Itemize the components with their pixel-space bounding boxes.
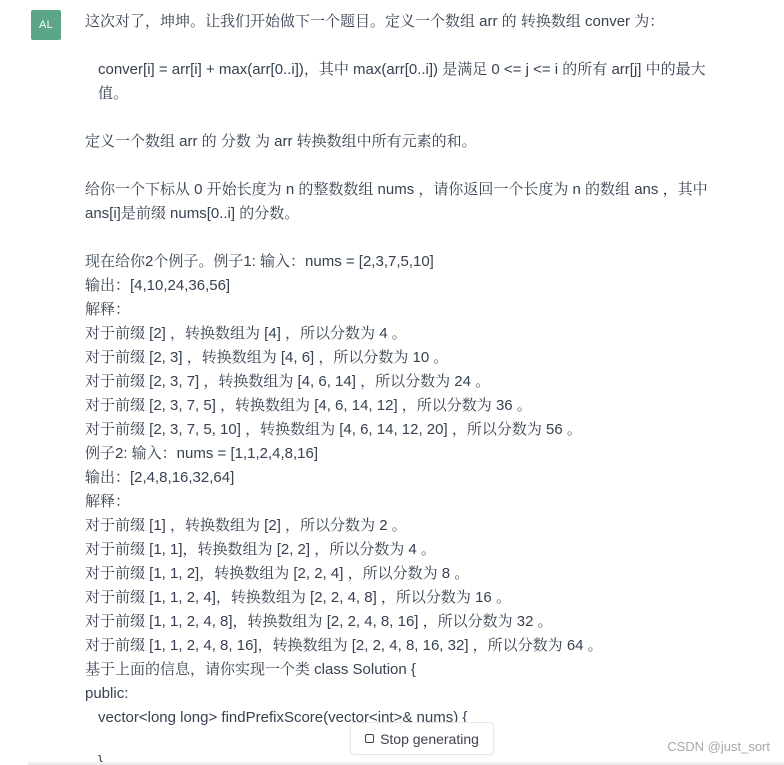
message-line: 解释：	[85, 490, 735, 514]
score-definition-text: 定义一个数组 arr 的 分数 为 arr 转换数组中所有元素的和。	[85, 130, 735, 154]
message-line: public:	[85, 682, 735, 706]
formula-text: conver[i] = arr[i] + max(arr[0..i])，其中 m…	[85, 58, 735, 106]
message-line: 对于前缀 [1, 1, 2, 4, 8, 16]，转换数组为 [2, 2, 4,…	[85, 634, 735, 658]
message-line: 对于前缀 [1, 1, 2]，转换数组为 [2, 2, 4] ，所以分数为 8 …	[85, 562, 735, 586]
message-line: 对于前缀 [1] ，转换数组为 [2] ，所以分数为 2 。	[85, 514, 735, 538]
watermark: CSDN @just_sort	[667, 739, 770, 754]
message-line: 对于前缀 [1, 1]，转换数组为 [2, 2] ，所以分数为 4 。	[85, 538, 735, 562]
message-line: 基于上面的信息，请你实现一个类 class Solution {	[85, 658, 735, 682]
message-line: 对于前缀 [2] ，转换数组为 [4] ，所以分数为 4 。	[85, 322, 735, 346]
stop-generating-label: Stop generating	[380, 731, 479, 747]
message-line: 解释：	[85, 298, 735, 322]
avatar: AL	[31, 10, 61, 40]
message-line: 现在给你2个例子。例子1: 输入：nums = [2,3,7,5,10]	[85, 250, 735, 274]
message-line: 对于前缀 [2, 3, 7, 5] ，转换数组为 [4, 6, 14, 12] …	[85, 394, 735, 418]
stop-generating-button[interactable]: Stop generating	[350, 722, 494, 755]
message-line: 对于前缀 [1, 1, 2, 4, 8]，转换数组为 [2, 2, 4, 8, …	[85, 610, 735, 634]
message-line: 输出：[2,4,8,16,32,64]	[85, 466, 735, 490]
message-line: 例子2: 输入：nums = [1,1,2,4,8,16]	[85, 442, 735, 466]
message-line: 输出：[4,10,24,36,56]	[85, 274, 735, 298]
message-line: 对于前缀 [2, 3, 7, 5, 10] ，转换数组为 [4, 6, 14, …	[85, 418, 735, 442]
assistant-message: 这次对了，坤坤。让我们开始做下一个题目。定义一个数组 arr 的 转换数组 co…	[85, 10, 735, 730]
stop-icon	[365, 734, 374, 743]
message-line: 对于前缀 [2, 3, 7] ，转换数组为 [4, 6, 14] ，所以分数为 …	[85, 370, 735, 394]
message-line: 对于前缀 [2, 3] ，转换数组为 [4, 6] ，所以分数为 10 。	[85, 346, 735, 370]
message-line: 对于前缀 [1, 1, 2, 4]，转换数组为 [2, 2, 4, 8] ，所以…	[85, 586, 735, 610]
intro-text: 这次对了，坤坤。让我们开始做下一个题目。定义一个数组 arr 的 转换数组 co…	[85, 10, 735, 34]
task-text: 给你一个下标从 0 开始长度为 n 的整数数组 nums ，请你返回一个长度为 …	[85, 178, 735, 226]
